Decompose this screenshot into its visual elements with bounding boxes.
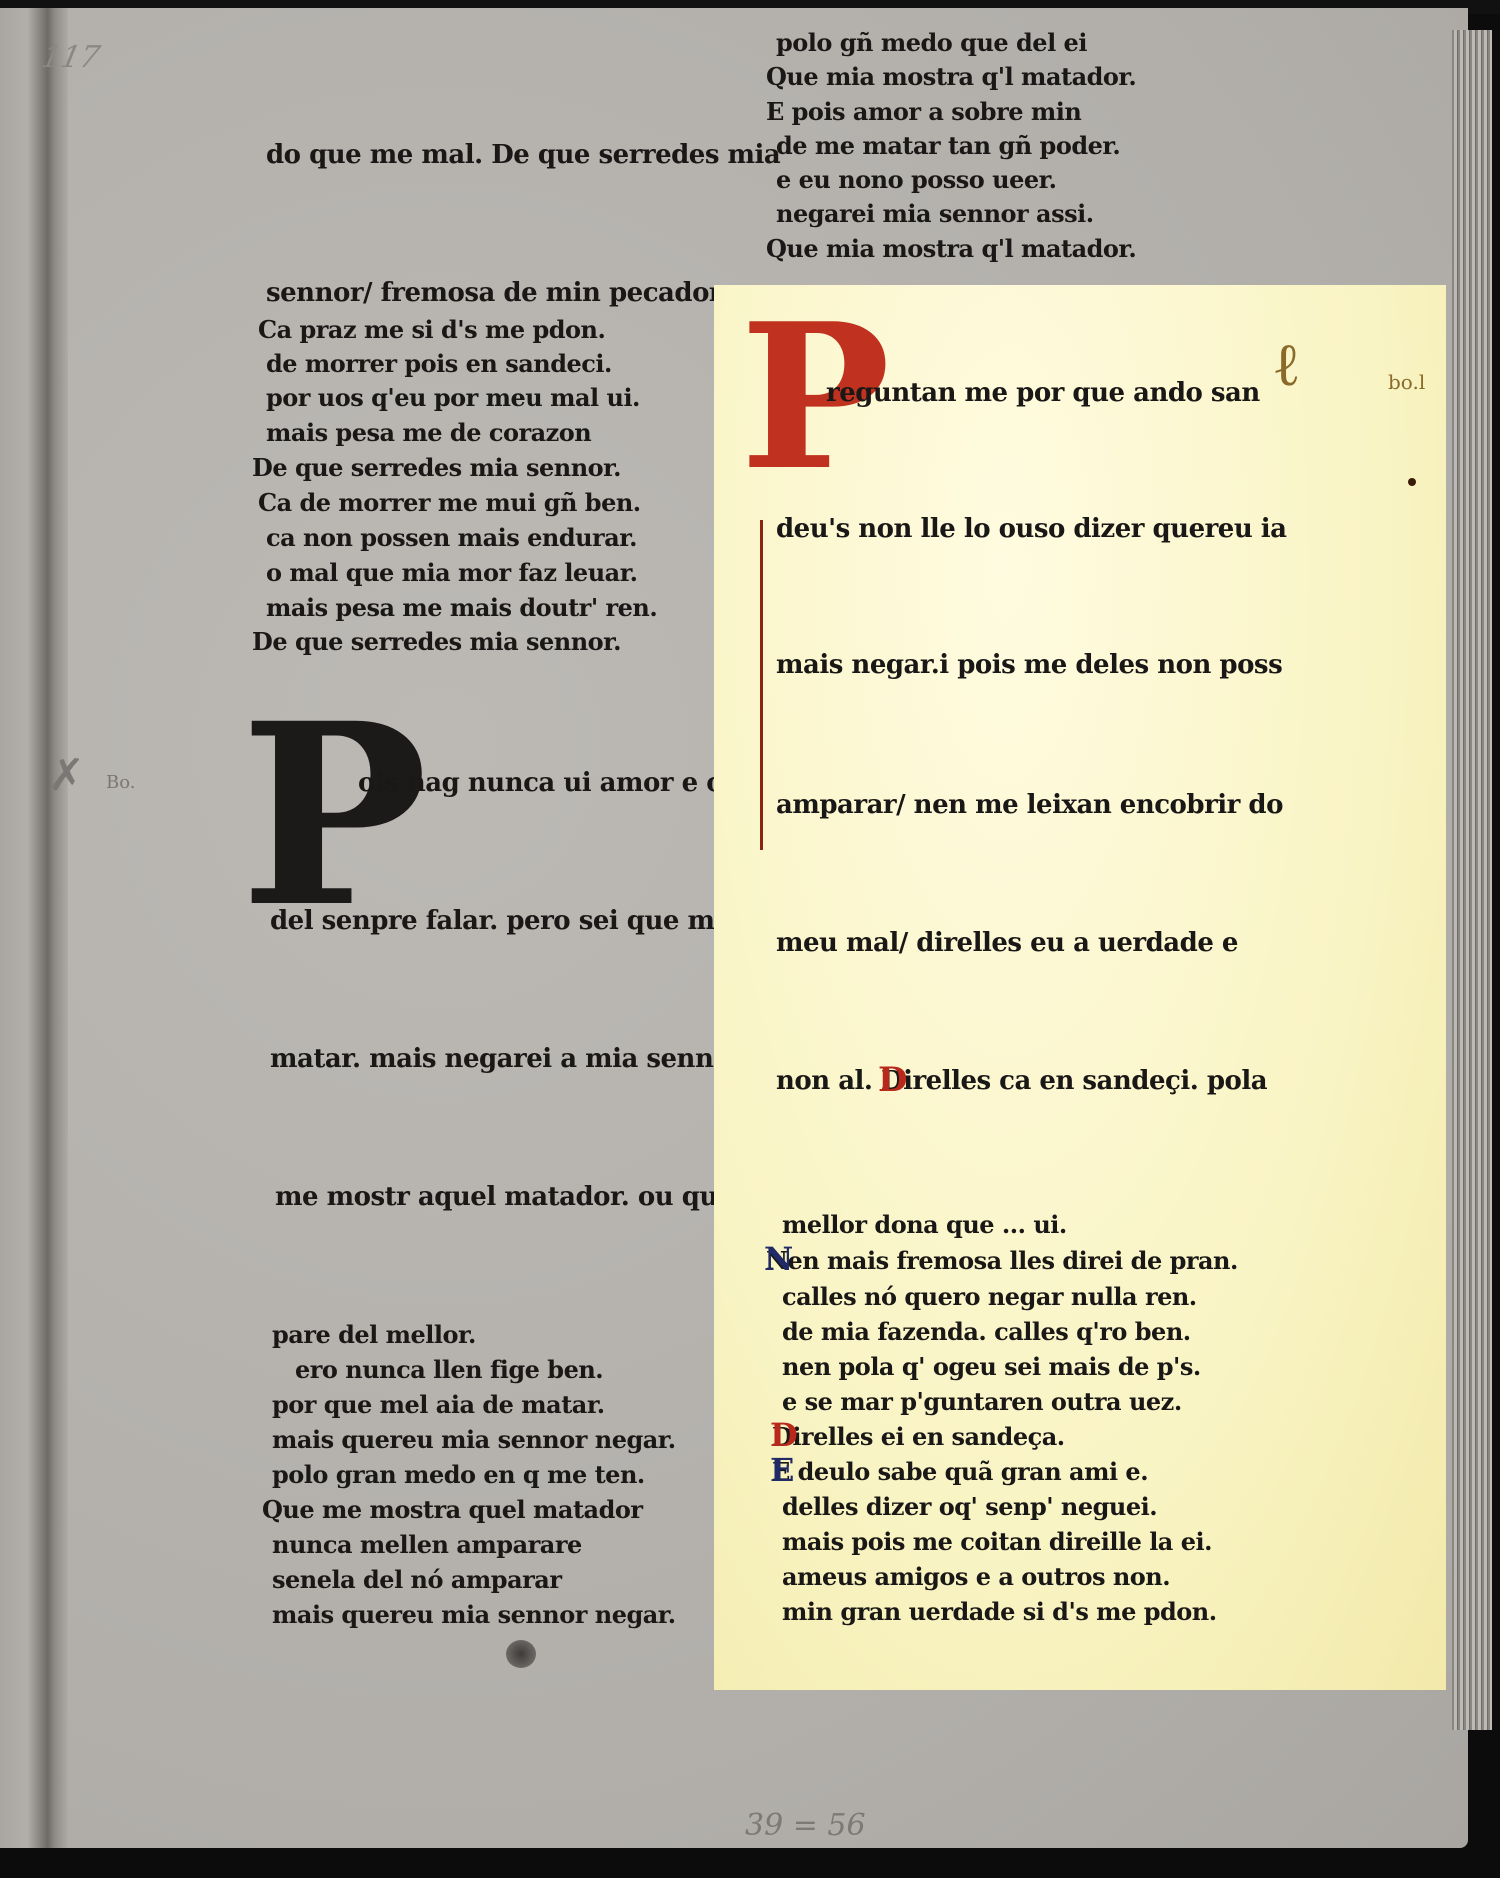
blue-initial-n: N [764, 1240, 793, 1278]
text-line: Ca praz me si d's me pdon. [258, 315, 605, 344]
text-line: mais negar.i pois me deles non poss [776, 650, 1282, 680]
refrain-line: Que mia mostra q'l matador. [766, 62, 1136, 91]
text-line: deu's non lle lo ouso dizer quereu ia [776, 514, 1287, 544]
text-line: senela del nó amparar [272, 1565, 561, 1594]
margin-cross-mark: ✗ [48, 750, 85, 801]
text-line: reguntan me por que ando san [826, 378, 1260, 408]
refrain-line: Direlles ei en sandeça. [772, 1422, 1065, 1451]
ink-dot [1408, 478, 1416, 486]
refrain-line: De que serredes mia sennor. [252, 627, 621, 656]
text-line: pare del mellor. [272, 1320, 476, 1349]
text-line: o mal que mia mor faz leuar. [266, 558, 638, 587]
refrain-line: Que me mostra quel matador [262, 1495, 643, 1524]
text-line: ameus amigos e a outros non. [782, 1562, 1170, 1591]
ink-blot [506, 1640, 536, 1668]
text-line: de morrer pois en sandeci. [266, 349, 612, 378]
refrain-line: De que serredes mia sennor. [252, 453, 621, 482]
text-line: amparar/ nen me leixan encobrir do [776, 790, 1283, 820]
text-line: Ca de morrer me mui gñ ben. [258, 488, 641, 517]
text-line: de mia fazenda. calles q'ro ben. [782, 1317, 1191, 1346]
text-line: nunca mellen amparare [272, 1530, 582, 1559]
text-line: nen pola q' ogeu sei mais de p's. [782, 1352, 1201, 1381]
margin-flourish-mark: ℓ [1272, 330, 1301, 400]
red-initial-d: D [770, 1416, 797, 1454]
text-line: Nen mais fremosa lles direi de pran. [766, 1246, 1238, 1275]
decorated-initial-p: P [240, 690, 428, 940]
text-line: e eu nono posso ueer. [776, 165, 1056, 194]
margin-note: bo.l [1388, 370, 1425, 394]
text-line: mais quereu mia sennor negar. [272, 1425, 676, 1454]
text-line: mellor dona que ... ui. [782, 1210, 1067, 1239]
text-line: calles nó quero negar nulla ren. [782, 1282, 1197, 1311]
text-line: mais quereu mia sennor negar. [272, 1600, 676, 1629]
text-line: min gran uerdade si d's me pdon. [782, 1597, 1217, 1626]
text-line: mais pois me coitan direille la ei. [782, 1527, 1212, 1556]
text-line: meu mal/ direlles eu a uerdade e [776, 928, 1238, 958]
refrain-line: Que mia mostra q'l matador. [766, 234, 1136, 263]
text-line: sennor/ fremosa de min pecador. [266, 278, 728, 308]
binding-gutter [0, 8, 68, 1848]
page-edges [1452, 30, 1492, 1730]
text-line: non al. Direlles ca en sandeçi. pola [776, 1066, 1267, 1096]
red-initial-d: D [878, 1060, 907, 1100]
folio-number: 117 [38, 40, 103, 75]
text-line: por que mel aia de matar. [272, 1390, 605, 1419]
red-initial-flourish [760, 520, 763, 850]
text-line: polo gran medo en q me ten. [272, 1460, 645, 1489]
text-line: do que me mal. De que serredes mia [266, 140, 780, 170]
blue-initial-e: E [770, 1451, 794, 1489]
text-line: ero nunca llen fige ben. [295, 1355, 603, 1384]
margin-note: Bo. [106, 772, 135, 793]
text-line: de me matar tan gñ poder. [776, 131, 1120, 160]
text-line: e se mar p'guntaren outra uez. [782, 1387, 1182, 1416]
text-line: polo gñ medo que del ei [776, 28, 1087, 57]
text-line: ca non possen mais endurar. [266, 523, 637, 552]
text-line: delles dizer oq' senp' neguei. [782, 1492, 1157, 1521]
text-line: por uos q'eu por meu mal ui. [266, 383, 640, 412]
text-line: negarei mia sennor assi. [776, 199, 1094, 228]
bottom-folio-number: 39 = 56 [745, 1808, 866, 1843]
text-line: E pois amor a sobre min [766, 97, 1081, 126]
text-line: mais pesa me de corazon [266, 418, 591, 447]
text-line: mais pesa me mais doutr' ren. [266, 593, 657, 622]
text-line: E deulo sabe quã gran ami e. [772, 1457, 1148, 1486]
